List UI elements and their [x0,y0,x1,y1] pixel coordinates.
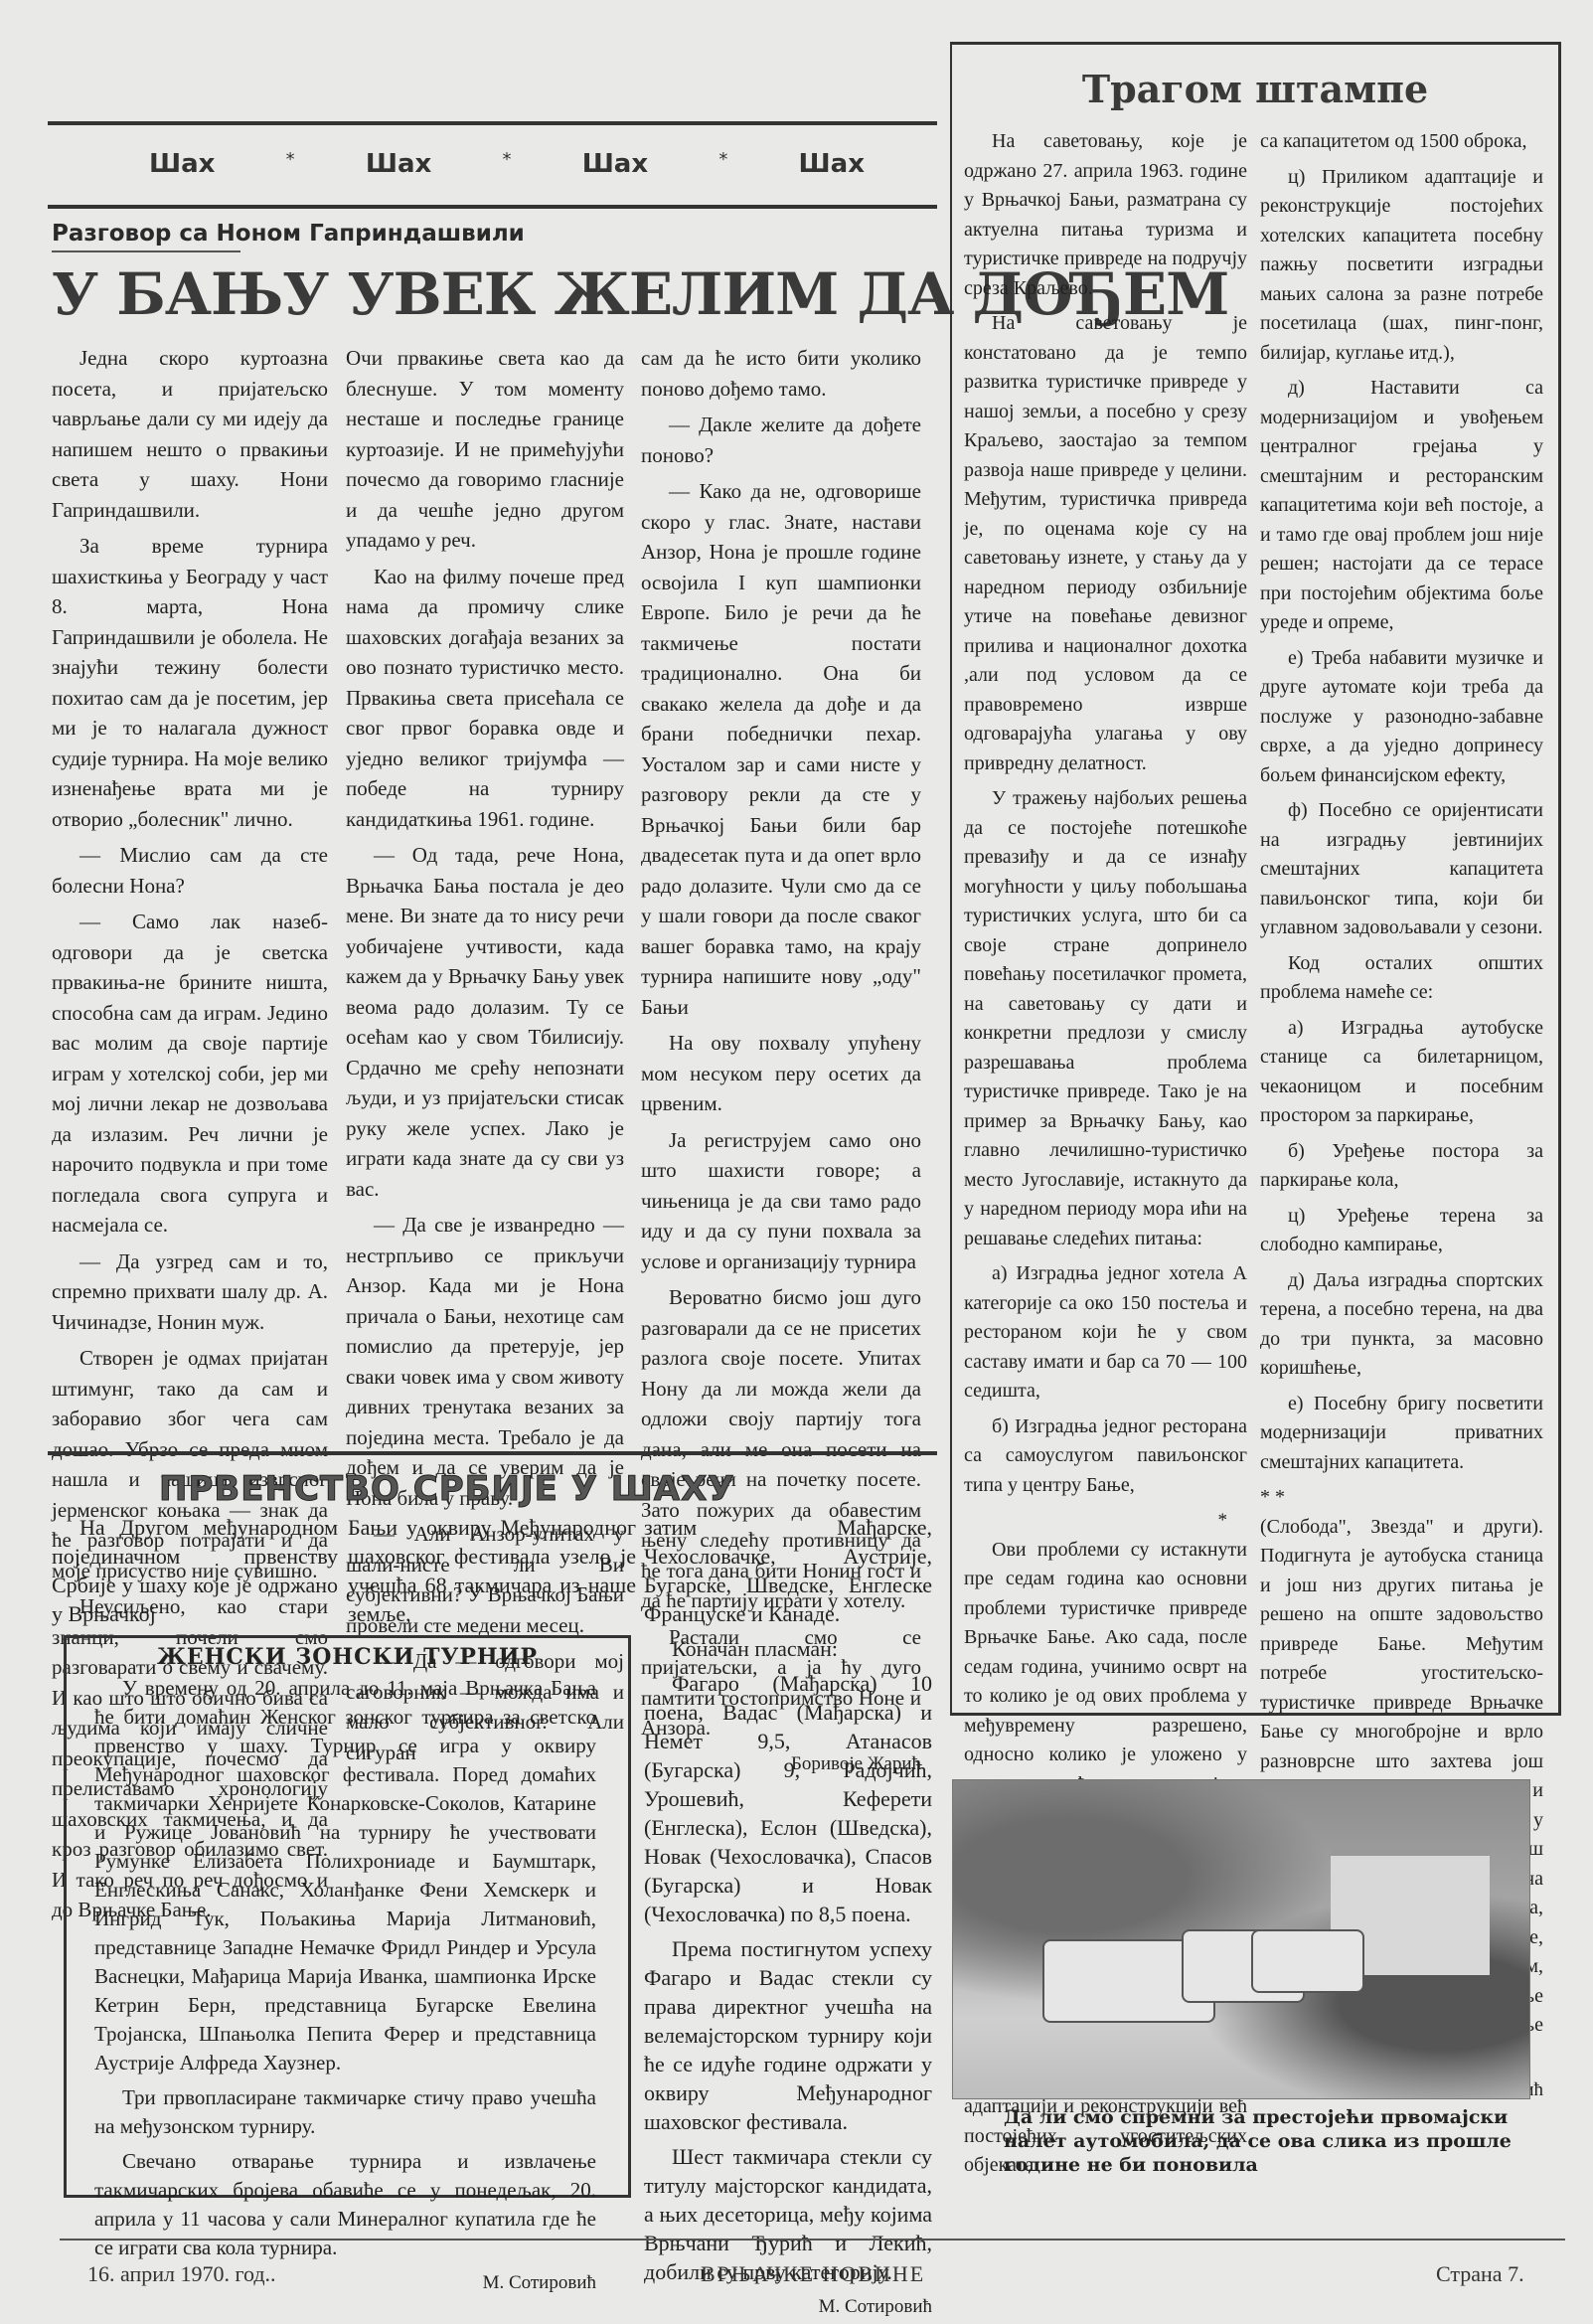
chess-word: Шах [799,149,865,179]
paragraph: На ову похвалу упућену мом несуком перу … [641,1028,921,1119]
issue-date: 16. април 1970. год.. [87,2261,276,2287]
article-subtitle: Разговор са Ноном Гаприндашвили [52,221,525,247]
masthead: ВРЊАЧКЕ НОВИНЕ [701,2261,925,2287]
paragraph: а) Изградња једног хотела А категорије с… [964,1259,1247,1407]
star-separator: * [502,149,511,179]
championship-results-column: затим Мађарске, Чехословачке, Аустрије, … [644,1513,932,2321]
chess-banner: Шах * Шах * Шах * Шах [149,149,865,179]
paragraph: Као на филму почеше пред нама да промичу… [346,562,624,835]
paragraph: У тражењу најбољих решења да се постојећ… [964,784,1247,1253]
list-item: б) Уређење постора за паркирање кола, [1260,1137,1543,1196]
paragraph: са капацитетом од 1500 оброка, [1260,127,1543,157]
chess-banner-rule [48,205,937,209]
paragraph: Очи првакиње света као да блеснуше. У то… [346,343,624,556]
chess-word: Шах [149,149,215,179]
paragraph: Једна скоро куртоазна посета, и пријатељ… [52,343,328,525]
womens-zonal-box: ЖЕНСКИ ЗОНСКИ ТУРНИР У времену од 20. ап… [64,1635,631,2198]
footer-rule [60,2239,1565,2241]
paragraph: — Да све је изванредно — нестрпљиво се п… [346,1210,624,1513]
paragraph: — Дакле желите да дођете поново? [641,410,921,470]
paragraph: Три првопласиране такмичарке стичу право… [94,2083,596,2141]
championship-lead-col-1: На Другом међународном појединачном прве… [52,1513,338,1634]
womens-zonal-title: ЖЕНСКИ ЗОНСКИ ТУРНИР [67,1644,628,1670]
paragraph: Код осталих општих проблема намеће се: [1260,949,1543,1008]
chess-word: Шах [582,149,648,179]
photo-caption: Да ли смо спремни за престојећи првомајс… [1004,2105,1540,2177]
championship-top-rule [48,1451,937,1455]
paragraph: — Само лак назеб-одговори да је светска … [52,907,328,1241]
championship-banner: ПРВЕНСТВО СРБИЈЕ У ШАХУ [159,1469,735,1509]
list-item: д) Даља изградња спортских терена, а пос… [1260,1266,1543,1384]
results-heading: Коначан пласман: [644,1634,932,1663]
paragraph: б) Изградња једног ресторана са самоуслу… [964,1412,1247,1501]
paragraph: За време турнира шахисткиња у Београду у… [52,531,328,834]
star-separator: * [718,149,727,179]
list-item: ц) Уређење терена за слободно кампирање, [1260,1202,1543,1260]
press-review-title: Трагом штампе [952,67,1558,111]
paragraph: На саветовању, које је одржано 27. април… [964,127,1247,303]
paragraph: — Да узгред сам и то, спремно прихвати ш… [52,1246,328,1338]
list-item: е) Треба набавити музичке и друге аутома… [1260,644,1543,791]
list-item: ц) Приликом адаптације и реконструкције … [1260,163,1543,369]
section-separator-star: * [964,1506,1247,1536]
car-shape [1251,1929,1364,1993]
list-item: д) Наставити са модернизацијом и увођење… [1260,374,1543,638]
womens-zonal-body: У времену од 20. априла до 11. маја Врња… [94,1674,596,2297]
paragraph: — Од тада, рече Нона, Врњачка Бања поста… [346,840,624,1204]
paragraph: Према постигнутом успеху Фагаро и Вадас … [644,1934,932,2136]
top-rule [48,121,937,125]
paragraph: У времену од 20. априла до 11. маја Врња… [94,1674,596,2077]
author-signature: М. Сотировић [644,2292,932,2321]
paragraph: Ја региструјем само оно што шахисти гово… [641,1125,921,1277]
paragraph: Бањи у оквиру Међународног шаховског фес… [348,1513,636,1628]
subtitle-underline [52,250,240,252]
paragraph: сам да ће исто бити уколико поново дођем… [641,343,921,404]
paragraph: — Мислио сам да сте болесни Нона? [52,840,328,901]
paragraph: — Како да не, одговорише скоро у глас. З… [641,476,921,1022]
news-photo [952,1779,1530,2099]
list-item: а) Изградња аутобуске станице са билетар… [1260,1014,1543,1131]
section-separator-stars: * * [1260,1483,1543,1513]
page-number: Страна 7. [1436,2261,1524,2287]
paragraph: На Другом међународном појединачном прве… [52,1513,338,1628]
paragraph: Свечано отварање турнира и извлачење так… [94,2147,596,2262]
chess-word: Шах [366,149,431,179]
results-list: Фагаро (Мађарска) 10 поена, Вадас (Мађар… [644,1669,932,1928]
article-headline: У БАЊУ УВЕК ЖЕЛИМ ДА ДОЂЕМ [52,260,936,328]
star-separator: * [286,149,295,179]
championship-lead-col-2: Бањи у оквиру Међународног шаховског фес… [348,1513,636,1634]
list-item: ф) Посебно се оријентисати на изградњу ј… [1260,796,1543,943]
paragraph: затим Мађарске, Чехословачке, Аустрије, … [644,1513,932,1628]
list-item: е) Посебну бригу посветити модернизацији… [1260,1390,1543,1478]
paragraph: На саветовању је констатовано да је темп… [964,309,1247,778]
